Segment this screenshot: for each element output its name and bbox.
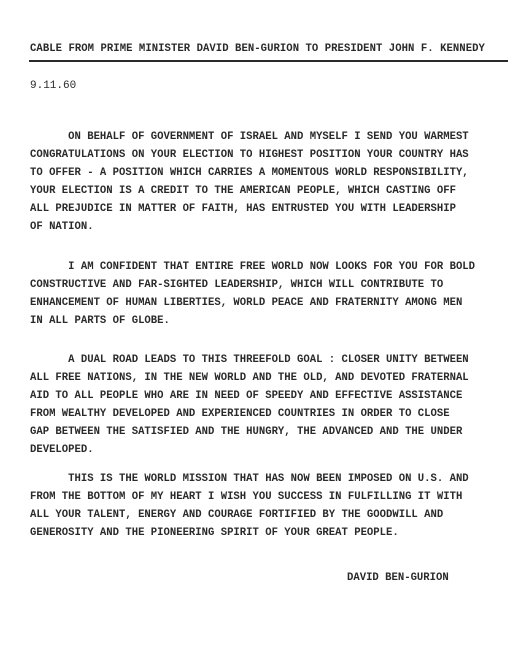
title-underline [29,60,508,62]
paragraph-leadership: I AM CONFIDENT THAT ENTIRE FREE WORLD NO… [30,259,475,331]
paragraph-world-mission: THIS IS THE WORLD MISSION THAT HAS NOW B… [30,471,469,543]
paragraph-congratulations: ON BEHALF OF GOVERNMENT OF ISRAEL AND MY… [30,129,469,236]
signature: DAVID BEN-GURION [347,572,449,584]
paragraph-dual-road: A DUAL ROAD LEADS TO THIS THREEFOLD GOAL… [30,352,469,459]
cable-document: CABLE FROM PRIME MINISTER DAVID BEN-GURI… [0,0,520,649]
document-title: CABLE FROM PRIME MINISTER DAVID BEN-GURI… [30,43,485,55]
document-date: 9.11.60 [30,80,76,92]
